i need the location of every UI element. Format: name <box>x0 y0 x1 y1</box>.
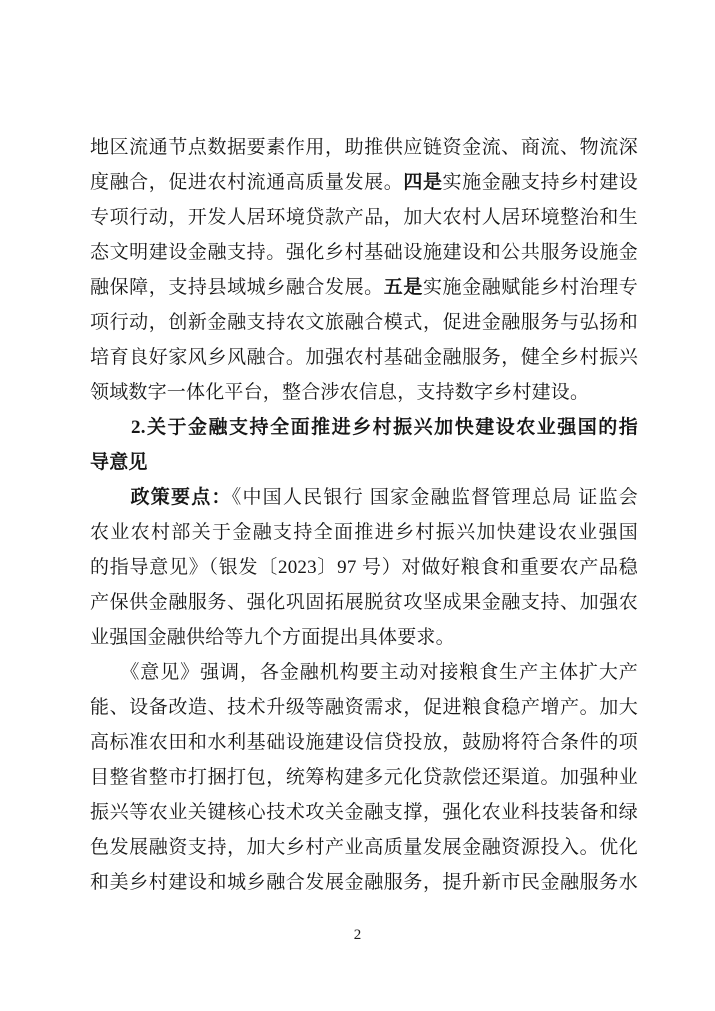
text-run: 和美乡村建设和城乡融合发展金融服务，提升新市民金融服务水 <box>90 872 638 893</box>
page-footer: 2 <box>0 926 715 944</box>
bold-text-run: 导意见 <box>90 452 148 473</box>
text-run: 的指导意见》（银发〔2023〕97 号）对做好粮食和重要农产品稳 <box>90 557 638 578</box>
heading-line: 2.关于金融支持全面推进乡村振兴加快建设农业强国的指 <box>90 410 638 445</box>
text-line: 专项行动，开发人居环境贷款产品，加大农村人居环境整治和生 <box>90 200 638 235</box>
text-run: 色发展融资支持，加大乡村产业高质量发展金融资源投入。优化 <box>90 837 638 858</box>
text-line: 产保供金融服务、强化巩固拓展脱贫攻坚成果金融支持、加强农 <box>90 585 638 620</box>
text-run: 实施金融赋能乡村治理专 <box>423 277 638 298</box>
text-run: 业强国金融供给等九个方面提出具体要求。 <box>90 627 455 648</box>
bold-text-run: 政策要点： <box>130 487 231 508</box>
text-line: 态文明建设金融支持。强化乡村基础设施建设和公共服务设施金 <box>90 235 638 270</box>
body-paragraph: 政策要点：《中国人民银行 国家金融监督管理总局 证监会农业农村部关于金融支持全面… <box>90 480 638 655</box>
bold-text-run: 四是 <box>403 172 442 193</box>
text-run: 农业农村部关于金融支持全面推进乡村振兴加快建设农业强国 <box>90 522 638 543</box>
page-number: 2 <box>354 927 362 943</box>
body-paragraph: 《意见》强调，各金融机构要主动对接粮食生产主体扩大产能、设备改造、技术升级等融资… <box>90 655 638 900</box>
document-page: 地区流通节点数据要素作用，助推供应链资金流、商流、物流深度融合，促进农村流通高质… <box>0 0 715 1011</box>
text-run: 《意见》强调，各金融机构要主动对接粮食生产主体扩大产 <box>90 662 638 683</box>
text-run: 《中国人民银行 国家金融监督管理总局 证监会 <box>232 487 638 508</box>
text-run: 产保供金融服务、强化巩固拓展脱贫攻坚成果金融支持、加强农 <box>90 592 638 613</box>
text-run: 实施金融支持乡村建设 <box>443 172 638 193</box>
text-line: 和美乡村建设和城乡融合发展金融服务，提升新市民金融服务水 <box>90 865 638 900</box>
text-run: 高标准农田和水利基础设施建设信贷投放，鼓励将符合条件的项 <box>90 732 638 753</box>
text-line: 能、设备改造、技术升级等融资需求，促进粮食稳产增产。加大 <box>90 690 638 725</box>
text-line: 色发展融资支持，加大乡村产业高质量发展金融资源投入。优化 <box>90 830 638 865</box>
text-line: 的指导意见》（银发〔2023〕97 号）对做好粮食和重要农产品稳 <box>90 550 638 585</box>
bold-text-run: 五是 <box>384 277 423 298</box>
text-run: 项行动，创新金融支持农文旅融合模式，促进金融服务与弘扬和 <box>90 312 638 333</box>
text-run: 融保障，支持县域城乡融合发展。 <box>90 277 384 298</box>
text-run: 目整省整市打捆打包，统筹构建多元化贷款偿还渠道。加强种业 <box>90 767 638 788</box>
text-line: 高标准农田和水利基础设施建设信贷投放，鼓励将符合条件的项 <box>90 725 638 760</box>
text-line: 项行动，创新金融支持农文旅融合模式，促进金融服务与弘扬和 <box>90 305 638 340</box>
text-run: 能、设备改造、技术升级等融资需求，促进粮食稳产增产。加大 <box>90 697 638 718</box>
text-run: 度融合，促进农村流通高质量发展。 <box>90 172 403 193</box>
text-line: 目整省整市打捆打包，统筹构建多元化贷款偿还渠道。加强种业 <box>90 760 638 795</box>
text-line: 业强国金融供给等九个方面提出具体要求。 <box>90 620 638 655</box>
text-run: 态文明建设金融支持。强化乡村基础设施建设和公共服务设施金 <box>90 242 638 263</box>
text-run <box>90 417 131 438</box>
text-run <box>90 487 130 508</box>
text-line: 领域数字一体化平台，整合涉农信息，支持数字乡村建设。 <box>90 375 638 410</box>
text-line: 振兴等农业关键核心技术攻关金融支撑，强化农业科技装备和绿 <box>90 795 638 830</box>
text-run: 培育良好家风乡风融合。加强农村基础金融服务，健全乡村振兴 <box>90 347 638 368</box>
bold-text-run: 2.关于金融支持全面推进乡村振兴加快建设农业强国的指 <box>131 417 638 438</box>
text-run: 地区流通节点数据要素作用，助推供应链资金流、商流、物流深 <box>90 137 638 158</box>
text-line: 政策要点：《中国人民银行 国家金融监督管理总局 证监会 <box>90 480 638 515</box>
text-line: 度融合，促进农村流通高质量发展。四是实施金融支持乡村建设 <box>90 165 638 200</box>
text-run: 领域数字一体化平台，整合涉农信息，支持数字乡村建设。 <box>90 382 589 403</box>
text-line: 农业农村部关于金融支持全面推进乡村振兴加快建设农业强国 <box>90 515 638 550</box>
section-heading: 2.关于金融支持全面推进乡村振兴加快建设农业强国的指导意见 <box>90 410 638 480</box>
heading-line: 导意见 <box>90 445 638 480</box>
page-body-text: 地区流通节点数据要素作用，助推供应链资金流、商流、物流深度融合，促进农村流通高质… <box>90 130 638 900</box>
text-line: 融保障，支持县域城乡融合发展。五是实施金融赋能乡村治理专 <box>90 270 638 305</box>
text-run: 振兴等农业关键核心技术攻关金融支撑，强化农业科技装备和绿 <box>90 802 638 823</box>
text-line: 培育良好家风乡风融合。加强农村基础金融服务，健全乡村振兴 <box>90 340 638 375</box>
text-line: 地区流通节点数据要素作用，助推供应链资金流、商流、物流深 <box>90 130 638 165</box>
text-run: 专项行动，开发人居环境贷款产品，加大农村人居环境整治和生 <box>90 207 638 228</box>
text-line: 《意见》强调，各金融机构要主动对接粮食生产主体扩大产 <box>90 655 638 690</box>
body-paragraph: 地区流通节点数据要素作用，助推供应链资金流、商流、物流深度融合，促进农村流通高质… <box>90 130 638 410</box>
